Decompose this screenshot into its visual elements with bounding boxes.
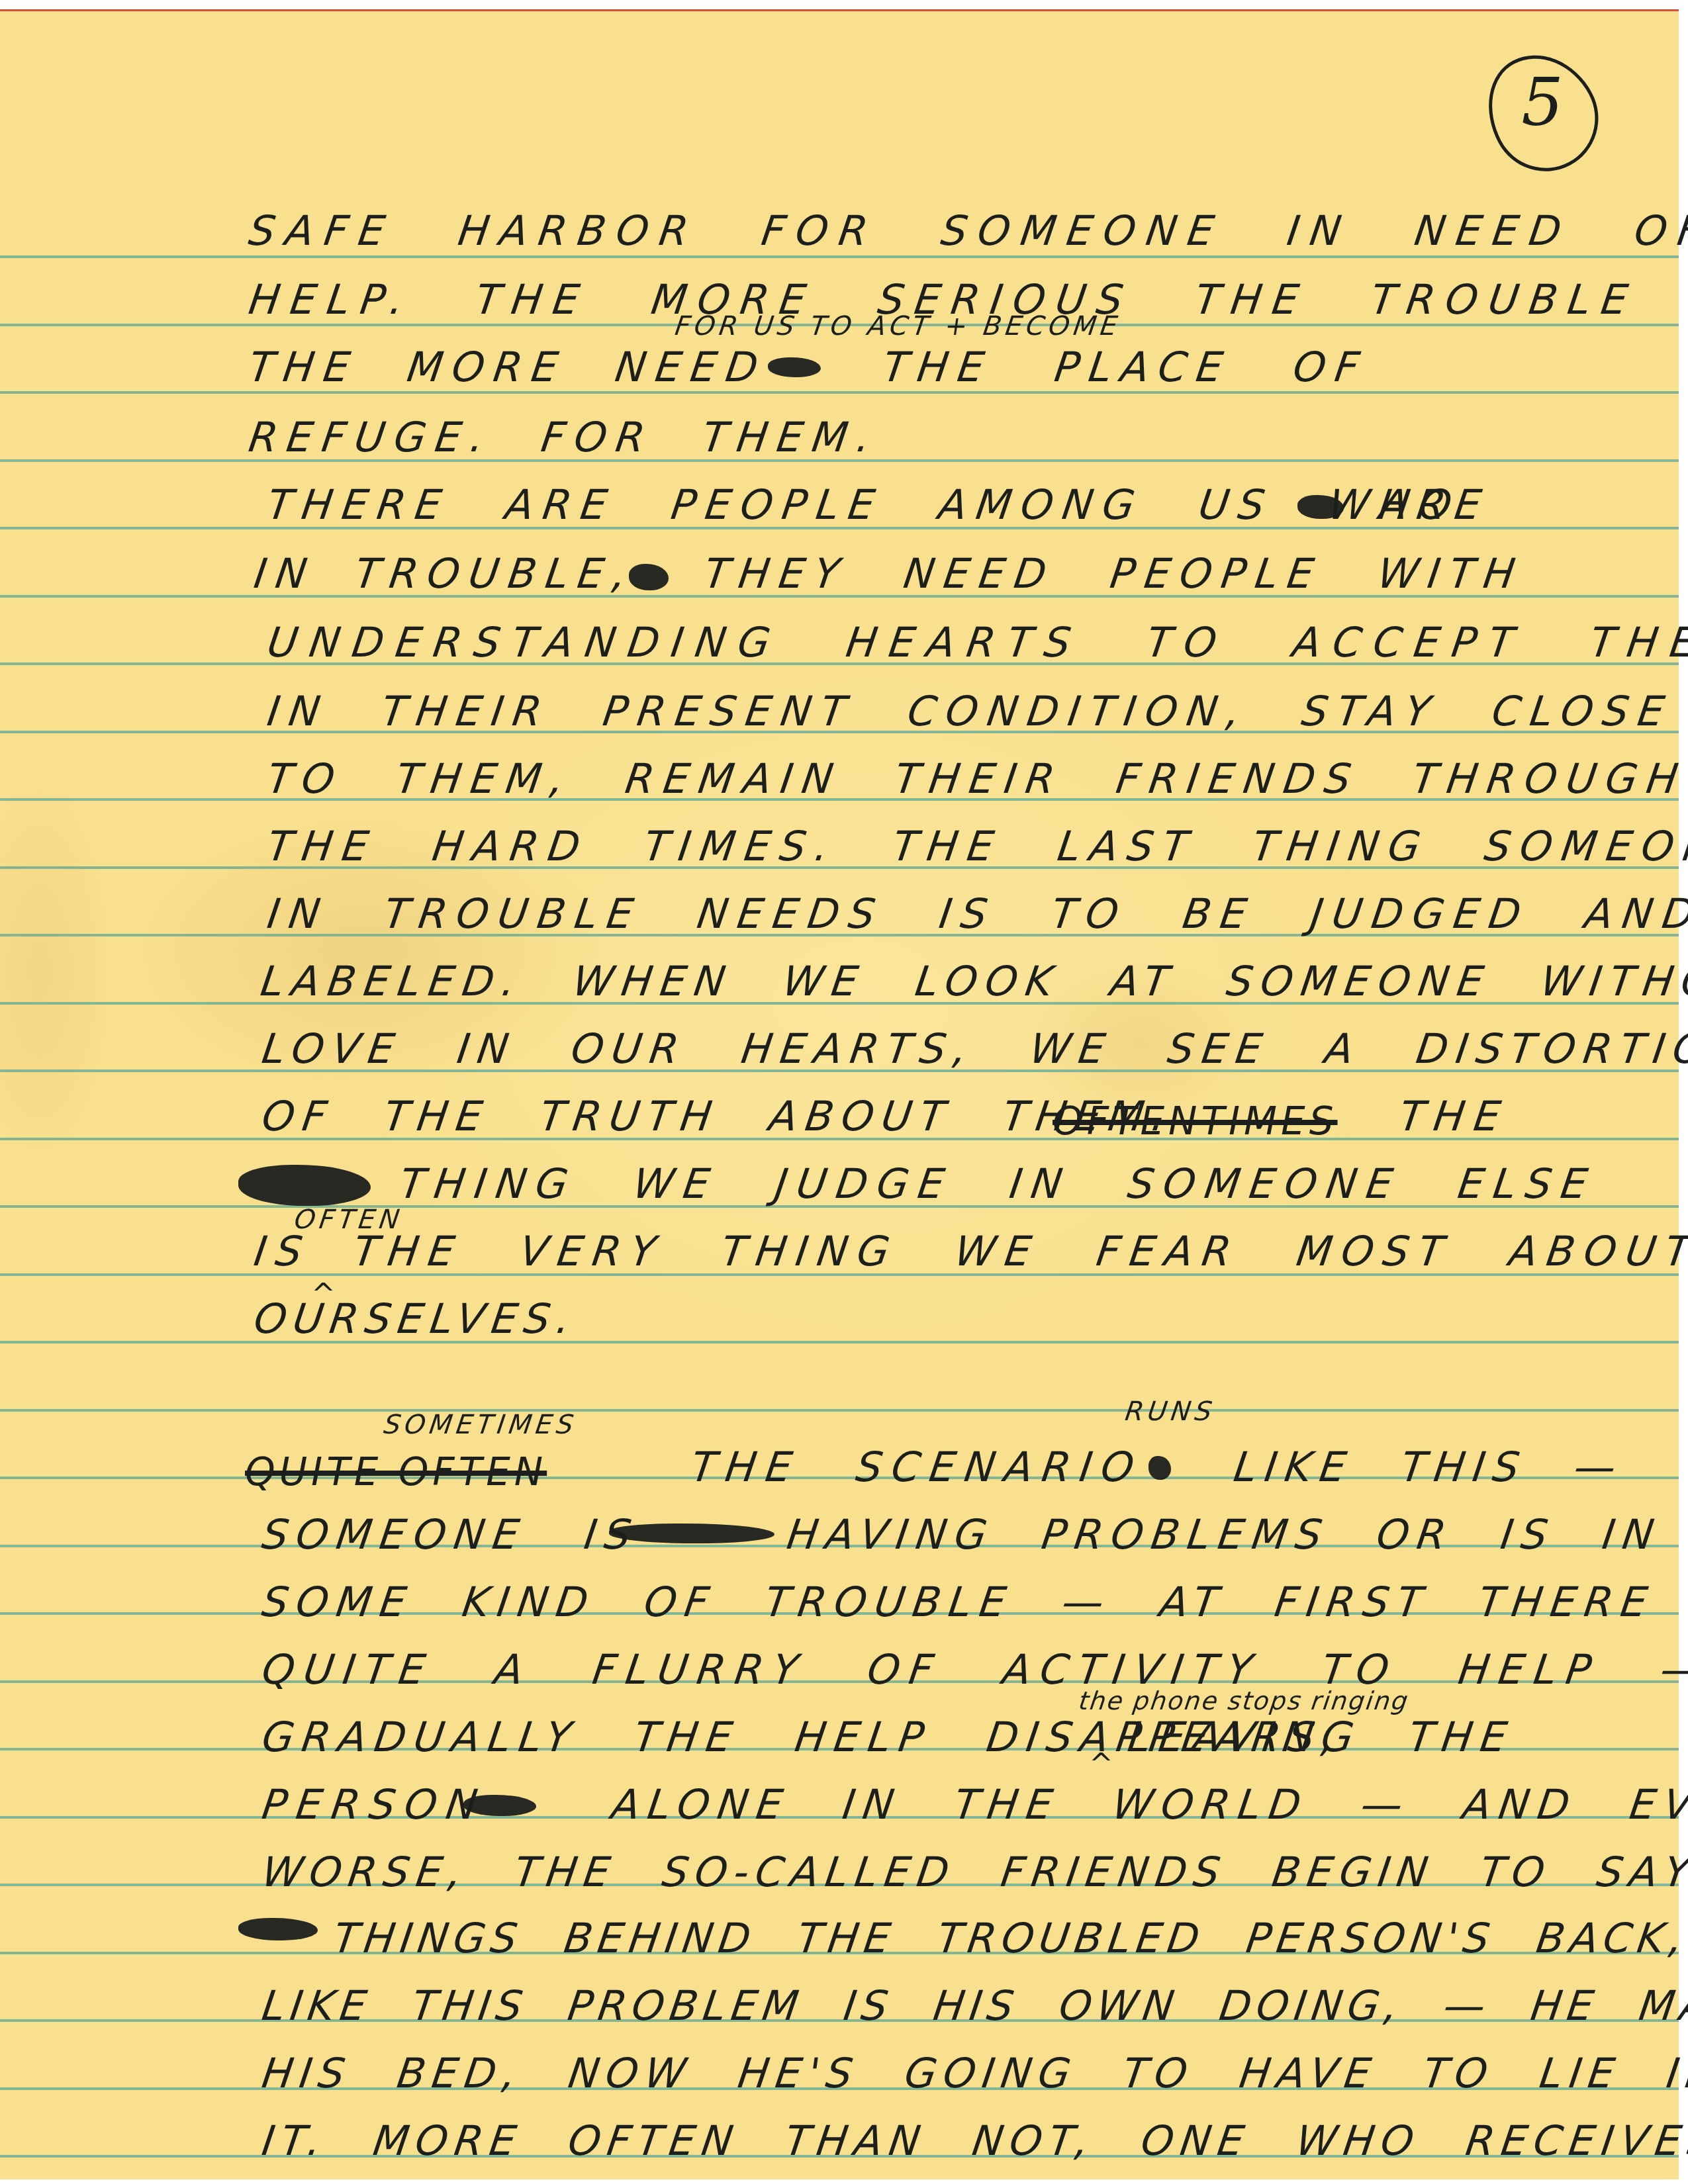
ruled-line bbox=[0, 255, 1679, 258]
scribbled-out-word bbox=[1297, 495, 1344, 519]
text-line: IT. MORE OFTEN THAN NOT, ONE WHO RECEIVE… bbox=[259, 2120, 1688, 2161]
text-line: LABELED. WHEN WE LOOK AT SOMEONE WITHOUT bbox=[258, 961, 1688, 1002]
text-line: LEAVING THE bbox=[1125, 1717, 1517, 1758]
scribbled-out-word bbox=[768, 357, 821, 377]
text-line: UNDERSTANDING HEARTS TO ACCEPT THEM bbox=[265, 622, 1688, 663]
text-line: IS bbox=[252, 1231, 314, 1272]
scribbled-out-word bbox=[609, 1524, 774, 1543]
text-line: QUITE A FLURRY OF ACTIVITY TO HELP — bbox=[259, 1649, 1688, 1690]
text-line: REFUGE. FOR THEM. bbox=[246, 417, 882, 458]
text-line: THEY NEED PEOPLE WITH bbox=[702, 553, 1526, 594]
struck-word: QUITE OFTEN bbox=[245, 1449, 547, 1494]
insertion-text: RUNS bbox=[1123, 1396, 1218, 1427]
text-line: THERE ARE PEOPLE AMONG US WHO bbox=[265, 484, 1464, 525]
scribbled-out-word bbox=[238, 1918, 318, 1940]
text-line: IN TROUBLE NEEDS IS TO BE JUDGED AND bbox=[265, 893, 1688, 934]
text-line: IN THEIR PRESENT CONDITION, STAY CLOSE bbox=[265, 691, 1676, 732]
text-line: ALONE IN THE WORLD — AND EVEN bbox=[609, 1784, 1688, 1825]
text-line: THINGS BEHIND THE TROUBLED PERSON'S BACK… bbox=[331, 1918, 1688, 1959]
text-line: IN TROUBLE, bbox=[252, 553, 638, 594]
text-line: LOVE IN OUR HEARTS, WE SEE A DISTORTION bbox=[259, 1028, 1688, 1069]
text-line: SAFE HARBOR FOR SOMEONE IN NEED OF bbox=[246, 210, 1688, 251]
text-line: WORSE, THE SO-CALLED FRIENDS BEGIN TO SA… bbox=[259, 1852, 1688, 1893]
ruled-line bbox=[0, 391, 1679, 394]
text-line: THE MORE NEED bbox=[246, 347, 770, 388]
text-line: THE SCENARIO bbox=[688, 1447, 1146, 1488]
text-line: LIKE THIS — bbox=[1231, 1447, 1626, 1488]
text-line: SOMEONE IS bbox=[259, 1514, 641, 1555]
scribbled-out-word bbox=[463, 1795, 536, 1816]
struck-word: OFTENTIMES bbox=[1053, 1099, 1338, 1144]
text-line: HIS BED, NOW HE'S GOING TO HAVE TO LIE I… bbox=[259, 2053, 1688, 2094]
text-line: LIKE THIS PROBLEM IS HIS OWN DOING, — HE… bbox=[259, 1985, 1688, 2026]
text-line: OF THE TRUTH ABOUT THEM. bbox=[259, 1096, 1176, 1137]
text-line: THE PLACE OF bbox=[880, 347, 1371, 388]
text-line: TO THEM, REMAIN THEIR FRIENDS THROUGH bbox=[265, 758, 1688, 799]
text-line: THING WE JUDGE IN SOMEONE ELSE bbox=[397, 1163, 1599, 1205]
insertion-text: SOMETIMES bbox=[382, 1410, 580, 1440]
ruled-line bbox=[0, 1409, 1679, 1412]
text-line: OURSELVES. bbox=[252, 1298, 579, 1340]
scribbled-out-word bbox=[629, 564, 669, 590]
text-line: HAVING PROBLEMS OR IS IN bbox=[784, 1514, 1664, 1555]
text-line: THE bbox=[1397, 1096, 1512, 1137]
insertion-caret: ^ bbox=[1089, 1747, 1113, 1781]
text-line: ARE bbox=[1377, 484, 1493, 525]
text-line: PERSON bbox=[259, 1784, 489, 1825]
insertion-text: FOR US TO ACT + BECOME bbox=[673, 311, 1123, 341]
text-line: SOME KIND OF TROUBLE — AT FIRST THERE IS bbox=[259, 1582, 1688, 1623]
scribbled-out-word bbox=[1149, 1456, 1171, 1480]
text-line: THE HARD TIMES. THE LAST THING SOMEONE bbox=[265, 826, 1688, 867]
page-number: 5 bbox=[1516, 69, 1569, 136]
insertion-text: the phone stops ringing bbox=[1077, 1686, 1411, 1715]
text-line: THE VERY THING WE FEAR MOST ABOUT bbox=[351, 1231, 1688, 1272]
